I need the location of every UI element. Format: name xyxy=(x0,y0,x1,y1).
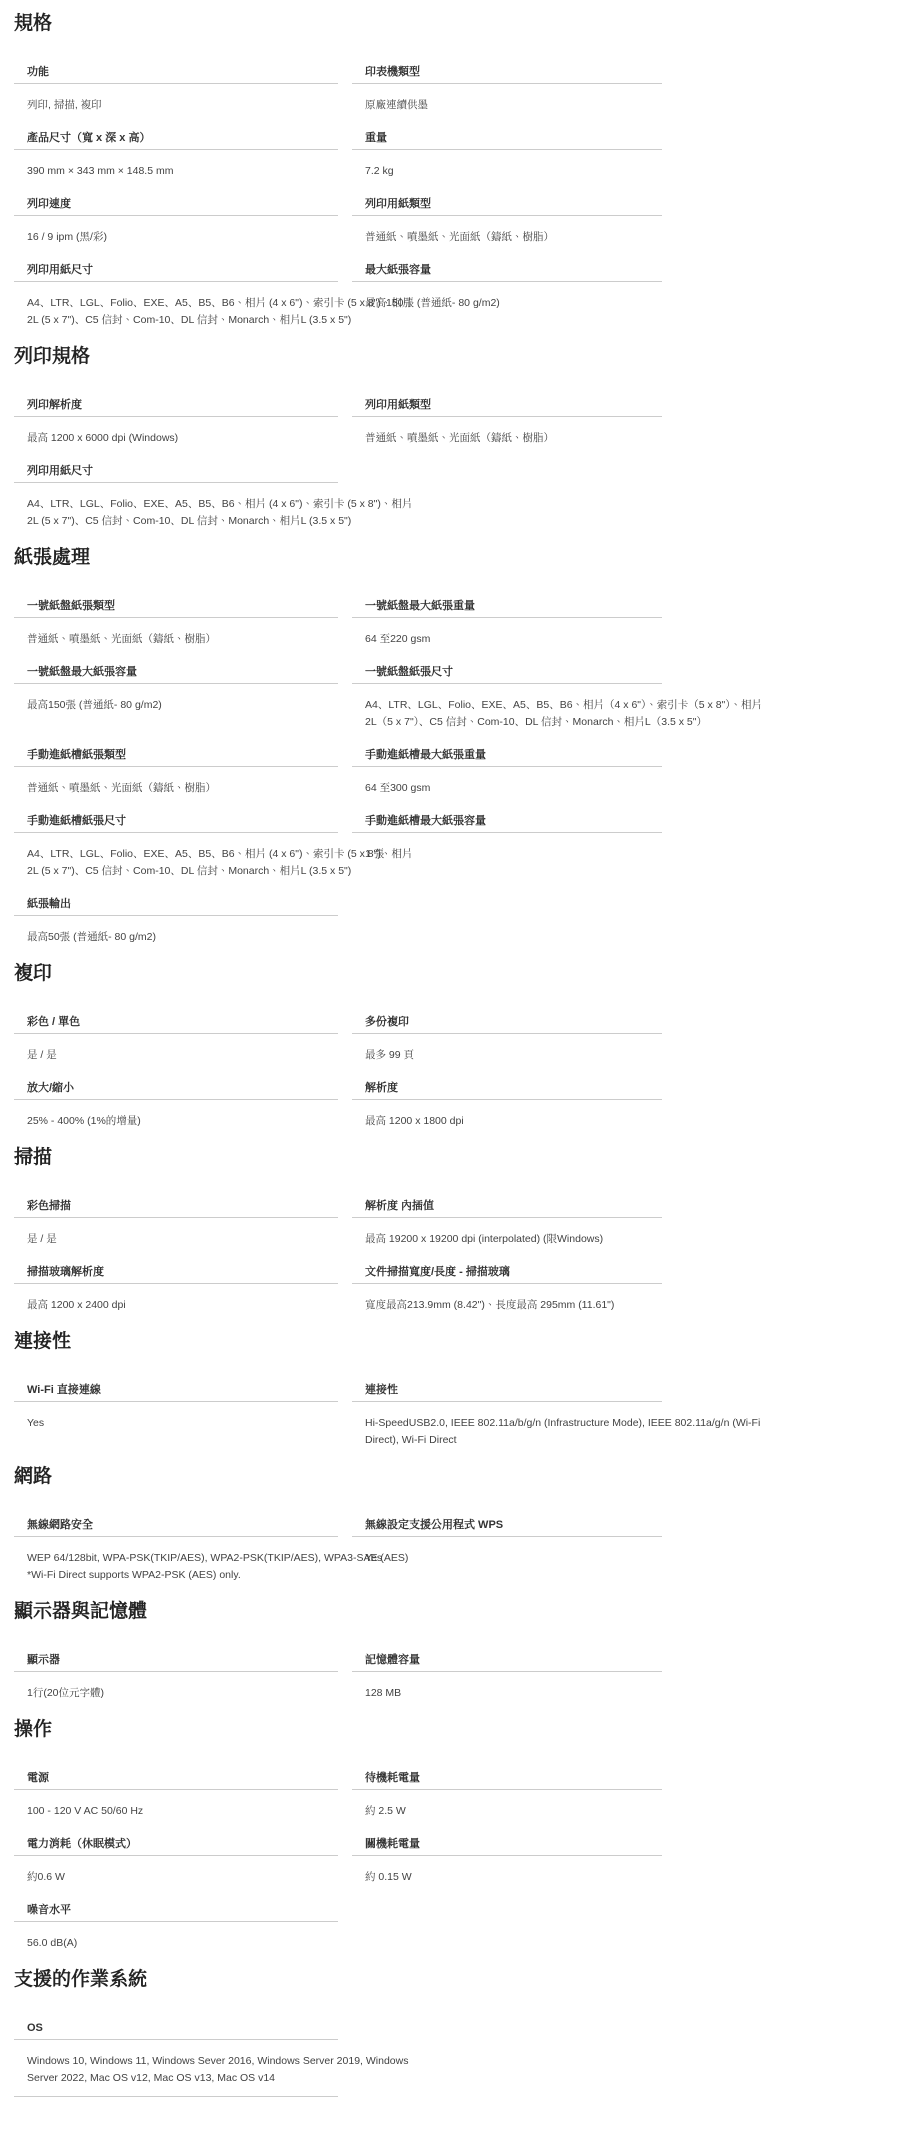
spec-item: 解析度 內插值最高 19200 x 19200 dpi (interpolate… xyxy=(352,1196,880,1248)
spec-label: 彩色掃描 xyxy=(14,1196,338,1218)
spec-value: 最多 99 頁 xyxy=(352,1034,880,1064)
spec-label: 列印用紙尺寸 xyxy=(14,260,338,282)
spec-row: 放大/縮小25% - 400% (1%的增量)解析度最高 1200 x 1800… xyxy=(14,1078,894,1144)
spec-value: 最高50張 (普通紙- 80 g/m2) xyxy=(14,916,338,946)
spec-item: 記憶體容量128 MB xyxy=(352,1650,880,1702)
section-title: 規格 xyxy=(14,10,894,38)
spec-item: 一號紙盤紙張類型普通紙、噴墨紙、光面紙（鑄紙、樹脂） xyxy=(14,596,338,648)
spec-item: 彩色 / 單色是 / 是 xyxy=(14,1012,338,1064)
spec-value: A4、LTR、LGL、Folio、EXE、A5、B5、B6、相片 (4 x 6"… xyxy=(14,282,338,329)
spec-item: 多份複印最多 99 頁 xyxy=(352,1012,880,1064)
spec-value: 約 2.5 W xyxy=(352,1790,880,1820)
spec-item: 列印用紙類型普通紙、噴墨紙、光面紙（鑄紙、樹脂） xyxy=(352,395,880,447)
spec-value: 約 0.15 W xyxy=(352,1856,880,1886)
spec-item: 顯示器1行(20位元字體) xyxy=(14,1650,338,1702)
spec-value: 56.0 dB(A) xyxy=(14,1922,338,1952)
section-title: 紙張處理 xyxy=(14,544,894,572)
spec-row: 手動進紙槽紙張尺寸A4、LTR、LGL、Folio、EXE、A5、B5、B6、相… xyxy=(14,811,894,894)
spec-label: 放大/縮小 xyxy=(14,1078,338,1100)
spec-column-right: 無線設定支援公用程式 WPSYes xyxy=(352,1515,880,1581)
spec-column-left: OSWindows 10, Windows 11, Windows Sever … xyxy=(14,2018,338,2111)
spec-column-left: 無線網路安全WEP 64/128bit, WPA-PSK(TKIP/AES), … xyxy=(14,1515,338,1598)
spec-column-right: 印表機類型原廠連續供墨 xyxy=(352,62,880,128)
spec-column-left: 列印速度16 / 9 ipm (黑/彩) xyxy=(14,194,338,260)
spec-column-left: 噪音水平56.0 dB(A) xyxy=(14,1900,338,1966)
spec-item: 手動進紙槽紙張尺寸A4、LTR、LGL、Folio、EXE、A5、B5、B6、相… xyxy=(14,811,338,880)
spec-item: 解析度最高 1200 x 1800 dpi xyxy=(352,1078,880,1130)
spec-row: 列印解析度最高 1200 x 6000 dpi (Windows)列印用紙類型普… xyxy=(14,395,894,461)
spec-item: 列印用紙尺寸A4、LTR、LGL、Folio、EXE、A5、B5、B6、相片 (… xyxy=(14,260,338,329)
spec-column-left: 彩色 / 單色是 / 是 xyxy=(14,1012,338,1078)
spec-label: 手動進紙槽最大紙張重量 xyxy=(352,745,662,767)
spec-row: 紙張輸出最高50張 (普通紙- 80 g/m2) xyxy=(14,894,894,960)
spec-column-right: 一號紙盤紙張尺寸A4、LTR、LGL、Folio、EXE、A5、B5、B6、相片… xyxy=(352,662,880,745)
spec-column-right: 列印用紙類型普通紙、噴墨紙、光面紙（鑄紙、樹脂） xyxy=(352,395,880,461)
spec-row: 手動進紙槽紙張類型普通紙、噴墨紙、光面紙（鑄紙、樹脂）手動進紙槽最大紙張重量64… xyxy=(14,745,894,811)
spec-value: 16 / 9 ipm (黑/彩) xyxy=(14,216,338,246)
section-title: 顯示器與記憶體 xyxy=(14,1598,894,1626)
spec-column-left: 產品尺寸（寬 x 深 x 高）390 mm × 343 mm × 148.5 m… xyxy=(14,128,338,194)
spec-label: 待機耗電量 xyxy=(352,1768,662,1790)
spec-column-right: 文件掃描寬度/長度 - 掃描玻璃寬度最高213.9mm (8.42")、長度最高… xyxy=(352,1262,880,1328)
spec-item: 一號紙盤最大紙張重量64 至220 gsm xyxy=(352,596,880,648)
spec-value: 最高150張 (普通紙- 80 g/m2) xyxy=(14,684,338,714)
spec-section: 顯示器與記憶體顯示器1行(20位元字體)記憶體容量128 MB xyxy=(14,1598,894,1716)
spec-column-left: 一號紙盤最大紙張容量最高150張 (普通紙- 80 g/m2) xyxy=(14,662,338,728)
spec-value: 最高 1200 x 2400 dpi xyxy=(14,1284,338,1314)
spec-section: 網路無線網路安全WEP 64/128bit, WPA-PSK(TKIP/AES)… xyxy=(14,1463,894,1598)
spec-item: 手動進紙槽最大紙張重量64 至300 gsm xyxy=(352,745,880,797)
spec-row: 列印速度16 / 9 ipm (黑/彩)列印用紙類型普通紙、噴墨紙、光面紙（鑄紙… xyxy=(14,194,894,260)
spec-value: 約0.6 W xyxy=(14,1856,338,1886)
spec-row: 噪音水平56.0 dB(A) xyxy=(14,1900,894,1966)
spec-label: 文件掃描寬度/長度 - 掃描玻璃 xyxy=(352,1262,662,1284)
spec-label: 列印速度 xyxy=(14,194,338,216)
spec-value: 最高 1200 x 6000 dpi (Windows) xyxy=(14,417,338,447)
spec-item: 關機耗電量約 0.15 W xyxy=(352,1834,880,1886)
spec-row: 電源100 - 120 V AC 50/60 Hz待機耗電量約 2.5 W xyxy=(14,1768,894,1834)
spec-value: 是 / 是 xyxy=(14,1218,338,1248)
spec-label: 一號紙盤最大紙張重量 xyxy=(352,596,662,618)
spec-item: 文件掃描寬度/長度 - 掃描玻璃寬度最高213.9mm (8.42")、長度最高… xyxy=(352,1262,880,1314)
spec-label: 電源 xyxy=(14,1768,338,1790)
spec-column-right: 重量7.2 kg xyxy=(352,128,880,194)
spec-column-left: 手動進紙槽紙張類型普通紙、噴墨紙、光面紙（鑄紙、樹脂） xyxy=(14,745,338,811)
spec-value: 寬度最高213.9mm (8.42")、長度最高 295mm (11.61") xyxy=(352,1284,880,1314)
spec-value: 25% - 400% (1%的增量) xyxy=(14,1100,338,1130)
spec-item: 手動進紙槽紙張類型普通紙、噴墨紙、光面紙（鑄紙、樹脂） xyxy=(14,745,338,797)
spec-value: 普通紙、噴墨紙、光面紙（鑄紙、樹脂） xyxy=(352,216,880,246)
spec-label: 記憶體容量 xyxy=(352,1650,662,1672)
spec-value: Yes xyxy=(14,1402,338,1432)
spec-label: 功能 xyxy=(14,62,338,84)
spec-item: 連接性Hi-SpeedUSB2.0, IEEE 802.11a/b/g/n (I… xyxy=(352,1380,880,1449)
spec-row: 無線網路安全WEP 64/128bit, WPA-PSK(TKIP/AES), … xyxy=(14,1515,894,1598)
spec-column-right: 多份複印最多 99 頁 xyxy=(352,1012,880,1078)
spec-section: 連接性Wi-Fi 直接連線Yes連接性Hi-SpeedUSB2.0, IEEE … xyxy=(14,1328,894,1463)
spec-item: 電力消耗（休眠模式）約0.6 W xyxy=(14,1834,338,1886)
spec-column-right: 一號紙盤最大紙張重量64 至220 gsm xyxy=(352,596,880,662)
section-title: 網路 xyxy=(14,1463,894,1491)
spec-column-left: 電力消耗（休眠模式）約0.6 W xyxy=(14,1834,338,1900)
spec-label: 紙張輸出 xyxy=(14,894,338,916)
spec-column-right: 列印用紙類型普通紙、噴墨紙、光面紙（鑄紙、樹脂） xyxy=(352,194,880,260)
spec-row: 列印用紙尺寸A4、LTR、LGL、Folio、EXE、A5、B5、B6、相片 (… xyxy=(14,461,894,544)
spec-column-right: 手動進紙槽最大紙張重量64 至300 gsm xyxy=(352,745,880,811)
spec-column-right: 解析度 內插值最高 19200 x 19200 dpi (interpolate… xyxy=(352,1196,880,1262)
spec-item: 一號紙盤最大紙張容量最高150張 (普通紙- 80 g/m2) xyxy=(14,662,338,714)
spec-value: A4、LTR、LGL、Folio、EXE、A5、B5、B6、相片（4 x 6"）… xyxy=(352,684,880,731)
spec-column-right: 關機耗電量約 0.15 W xyxy=(352,1834,880,1900)
spec-label: 噪音水平 xyxy=(14,1900,338,1922)
spec-item: 列印用紙類型普通紙、噴墨紙、光面紙（鑄紙、樹脂） xyxy=(352,194,880,246)
spec-label: 一號紙盤最大紙張容量 xyxy=(14,662,338,684)
spec-column-left: 掃描玻璃解析度最高 1200 x 2400 dpi xyxy=(14,1262,338,1328)
spec-value: 1行(20位元字體) xyxy=(14,1672,338,1702)
spec-item: 待機耗電量約 2.5 W xyxy=(352,1768,880,1820)
spec-row: Wi-Fi 直接連線Yes連接性Hi-SpeedUSB2.0, IEEE 802… xyxy=(14,1380,894,1463)
spec-label: 重量 xyxy=(352,128,662,150)
spec-value: 7.2 kg xyxy=(352,150,880,180)
spec-item: 一號紙盤紙張尺寸A4、LTR、LGL、Folio、EXE、A5、B5、B6、相片… xyxy=(352,662,880,731)
spec-label: 一號紙盤紙張類型 xyxy=(14,596,338,618)
spec-item: 彩色掃描是 / 是 xyxy=(14,1196,338,1248)
spec-label: 無線設定支援公用程式 WPS xyxy=(352,1515,662,1537)
spec-column-left: 手動進紙槽紙張尺寸A4、LTR、LGL、Folio、EXE、A5、B5、B6、相… xyxy=(14,811,338,894)
spec-value: 原廠連續供墨 xyxy=(352,84,880,114)
spec-value: Yes xyxy=(352,1537,880,1567)
spec-value: 128 MB xyxy=(352,1672,880,1702)
spec-value: 1 張 xyxy=(352,833,880,863)
spec-label: 產品尺寸（寬 x 深 x 高） xyxy=(14,128,338,150)
spec-value: 是 / 是 xyxy=(14,1034,338,1064)
spec-row: 列印用紙尺寸A4、LTR、LGL、Folio、EXE、A5、B5、B6、相片 (… xyxy=(14,260,894,343)
spec-label: 手動進紙槽紙張尺寸 xyxy=(14,811,338,833)
spec-item: 無線設定支援公用程式 WPSYes xyxy=(352,1515,880,1567)
spec-column-right: 記憶體容量128 MB xyxy=(352,1650,880,1716)
spec-label: 列印用紙尺寸 xyxy=(14,461,338,483)
spec-section: 列印規格列印解析度最高 1200 x 6000 dpi (Windows)列印用… xyxy=(14,343,894,544)
spec-list: 規格功能列印, 掃描, 複印印表機類型原廠連續供墨產品尺寸（寬 x 深 x 高）… xyxy=(14,10,894,2111)
spec-item: 產品尺寸（寬 x 深 x 高）390 mm × 343 mm × 148.5 m… xyxy=(14,128,338,180)
spec-column-left: 功能列印, 掃描, 複印 xyxy=(14,62,338,128)
spec-row: 顯示器1行(20位元字體)記憶體容量128 MB xyxy=(14,1650,894,1716)
spec-value: 最高 1200 x 1800 dpi xyxy=(352,1100,880,1130)
spec-value: A4、LTR、LGL、Folio、EXE、A5、B5、B6、相片 (4 x 6"… xyxy=(14,483,338,530)
spec-section: 複印彩色 / 單色是 / 是多份複印最多 99 頁放大/縮小25% - 400%… xyxy=(14,960,894,1144)
spec-item: 掃描玻璃解析度最高 1200 x 2400 dpi xyxy=(14,1262,338,1314)
spec-label: 彩色 / 單色 xyxy=(14,1012,338,1034)
spec-section: 操作電源100 - 120 V AC 50/60 Hz待機耗電量約 2.5 W電… xyxy=(14,1716,894,1966)
spec-item: Wi-Fi 直接連線Yes xyxy=(14,1380,338,1432)
spec-column-left: 一號紙盤紙張類型普通紙、噴墨紙、光面紙（鑄紙、樹脂） xyxy=(14,596,338,662)
spec-item: OSWindows 10, Windows 11, Windows Sever … xyxy=(14,2018,338,2097)
spec-label: 多份複印 xyxy=(352,1012,662,1034)
spec-column-right: 連接性Hi-SpeedUSB2.0, IEEE 802.11a/b/g/n (I… xyxy=(352,1380,880,1463)
spec-section: 規格功能列印, 掃描, 複印印表機類型原廠連續供墨產品尺寸（寬 x 深 x 高）… xyxy=(14,10,894,343)
spec-item: 電源100 - 120 V AC 50/60 Hz xyxy=(14,1768,338,1820)
spec-value: 列印, 掃描, 複印 xyxy=(14,84,338,114)
spec-item: 列印解析度最高 1200 x 6000 dpi (Windows) xyxy=(14,395,338,447)
spec-column-left: 列印用紙尺寸A4、LTR、LGL、Folio、EXE、A5、B5、B6、相片 (… xyxy=(14,260,338,343)
spec-label: 電力消耗（休眠模式） xyxy=(14,1834,338,1856)
spec-label: 解析度 xyxy=(352,1078,662,1100)
spec-column-right: 手動進紙槽最大紙張容量1 張 xyxy=(352,811,880,877)
spec-column-left: 顯示器1行(20位元字體) xyxy=(14,1650,338,1716)
spec-label: 無線網路安全 xyxy=(14,1515,338,1537)
spec-item: 重量7.2 kg xyxy=(352,128,880,180)
spec-label: 連接性 xyxy=(352,1380,662,1402)
spec-value: 普通紙、噴墨紙、光面紙（鑄紙、樹脂） xyxy=(14,767,338,797)
spec-column-left: Wi-Fi 直接連線Yes xyxy=(14,1380,338,1446)
spec-section: 支援的作業系統OSWindows 10, Windows 11, Windows… xyxy=(14,1966,894,2111)
section-title: 列印規格 xyxy=(14,343,894,371)
spec-label: 列印解析度 xyxy=(14,395,338,417)
spec-value: 390 mm × 343 mm × 148.5 mm xyxy=(14,150,338,180)
spec-label: 印表機類型 xyxy=(352,62,662,84)
spec-value: Windows 10, Windows 11, Windows Sever 20… xyxy=(14,2040,338,2097)
spec-column-left: 紙張輸出最高50張 (普通紙- 80 g/m2) xyxy=(14,894,338,960)
section-title: 連接性 xyxy=(14,1328,894,1356)
spec-column-left: 彩色掃描是 / 是 xyxy=(14,1196,338,1262)
spec-row: 產品尺寸（寬 x 深 x 高）390 mm × 343 mm × 148.5 m… xyxy=(14,128,894,194)
spec-label: Wi-Fi 直接連線 xyxy=(14,1380,338,1402)
spec-value: Hi-SpeedUSB2.0, IEEE 802.11a/b/g/n (Infr… xyxy=(352,1402,880,1449)
spec-row: 功能列印, 掃描, 複印印表機類型原廠連續供墨 xyxy=(14,62,894,128)
spec-item: 手動進紙槽最大紙張容量1 張 xyxy=(352,811,880,863)
spec-column-right: 待機耗電量約 2.5 W xyxy=(352,1768,880,1834)
spec-item: 噪音水平56.0 dB(A) xyxy=(14,1900,338,1952)
spec-row: 掃描玻璃解析度最高 1200 x 2400 dpi文件掃描寬度/長度 - 掃描玻… xyxy=(14,1262,894,1328)
spec-label: 一號紙盤紙張尺寸 xyxy=(352,662,662,684)
spec-item: 無線網路安全WEP 64/128bit, WPA-PSK(TKIP/AES), … xyxy=(14,1515,338,1584)
spec-row: OSWindows 10, Windows 11, Windows Sever … xyxy=(14,2018,894,2111)
spec-item: 列印用紙尺寸A4、LTR、LGL、Folio、EXE、A5、B5、B6、相片 (… xyxy=(14,461,338,530)
spec-label: 掃描玻璃解析度 xyxy=(14,1262,338,1284)
spec-column-left: 電源100 - 120 V AC 50/60 Hz xyxy=(14,1768,338,1834)
spec-row: 彩色 / 單色是 / 是多份複印最多 99 頁 xyxy=(14,1012,894,1078)
spec-label: 解析度 內插值 xyxy=(352,1196,662,1218)
spec-column-left: 列印用紙尺寸A4、LTR、LGL、Folio、EXE、A5、B5、B6、相片 (… xyxy=(14,461,338,544)
spec-column-right: 最大紙張容量最高150張 (普通紙- 80 g/m2) xyxy=(352,260,880,326)
spec-value: 普通紙、噴墨紙、光面紙（鑄紙、樹脂） xyxy=(14,618,338,648)
spec-label: 關機耗電量 xyxy=(352,1834,662,1856)
spec-item: 紙張輸出最高50張 (普通紙- 80 g/m2) xyxy=(14,894,338,946)
spec-label: 手動進紙槽紙張類型 xyxy=(14,745,338,767)
spec-item: 最大紙張容量最高150張 (普通紙- 80 g/m2) xyxy=(352,260,880,312)
spec-row: 一號紙盤最大紙張容量最高150張 (普通紙- 80 g/m2)一號紙盤紙張尺寸A… xyxy=(14,662,894,745)
spec-item: 印表機類型原廠連續供墨 xyxy=(352,62,880,114)
spec-value: 64 至220 gsm xyxy=(352,618,880,648)
section-title: 支援的作業系統 xyxy=(14,1966,894,1994)
spec-row: 彩色掃描是 / 是解析度 內插值最高 19200 x 19200 dpi (in… xyxy=(14,1196,894,1262)
spec-section: 紙張處理一號紙盤紙張類型普通紙、噴墨紙、光面紙（鑄紙、樹脂）一號紙盤最大紙張重量… xyxy=(14,544,894,960)
spec-value: 100 - 120 V AC 50/60 Hz xyxy=(14,1790,338,1820)
section-title: 操作 xyxy=(14,1716,894,1744)
spec-value: 普通紙、噴墨紙、光面紙（鑄紙、樹脂） xyxy=(352,417,880,447)
spec-row: 一號紙盤紙張類型普通紙、噴墨紙、光面紙（鑄紙、樹脂）一號紙盤最大紙張重量64 至… xyxy=(14,596,894,662)
spec-page: 規格功能列印, 掃描, 複印印表機類型原廠連續供墨產品尺寸（寬 x 深 x 高）… xyxy=(0,0,894,2131)
section-title: 複印 xyxy=(14,960,894,988)
spec-value: A4、LTR、LGL、Folio、EXE、A5、B5、B6、相片 (4 x 6"… xyxy=(14,833,338,880)
spec-label: OS xyxy=(14,2018,338,2040)
spec-row: 電力消耗（休眠模式）約0.6 W關機耗電量約 0.15 W xyxy=(14,1834,894,1900)
spec-label: 手動進紙槽最大紙張容量 xyxy=(352,811,662,833)
spec-item: 列印速度16 / 9 ipm (黑/彩) xyxy=(14,194,338,246)
spec-column-right: 解析度最高 1200 x 1800 dpi xyxy=(352,1078,880,1144)
spec-item: 放大/縮小25% - 400% (1%的增量) xyxy=(14,1078,338,1130)
spec-value: 最高150張 (普通紙- 80 g/m2) xyxy=(352,282,880,312)
spec-label: 列印用紙類型 xyxy=(352,194,662,216)
spec-value: 最高 19200 x 19200 dpi (interpolated) (限Wi… xyxy=(352,1218,880,1248)
spec-section: 掃描彩色掃描是 / 是解析度 內插值最高 19200 x 19200 dpi (… xyxy=(14,1144,894,1328)
spec-value: 64 至300 gsm xyxy=(352,767,880,797)
spec-label: 顯示器 xyxy=(14,1650,338,1672)
spec-column-left: 放大/縮小25% - 400% (1%的增量) xyxy=(14,1078,338,1144)
spec-label: 列印用紙類型 xyxy=(352,395,662,417)
spec-column-left: 列印解析度最高 1200 x 6000 dpi (Windows) xyxy=(14,395,338,461)
spec-label: 最大紙張容量 xyxy=(352,260,662,282)
section-title: 掃描 xyxy=(14,1144,894,1172)
spec-value: WEP 64/128bit, WPA-PSK(TKIP/AES), WPA2-P… xyxy=(14,1537,338,1584)
spec-item: 功能列印, 掃描, 複印 xyxy=(14,62,338,114)
